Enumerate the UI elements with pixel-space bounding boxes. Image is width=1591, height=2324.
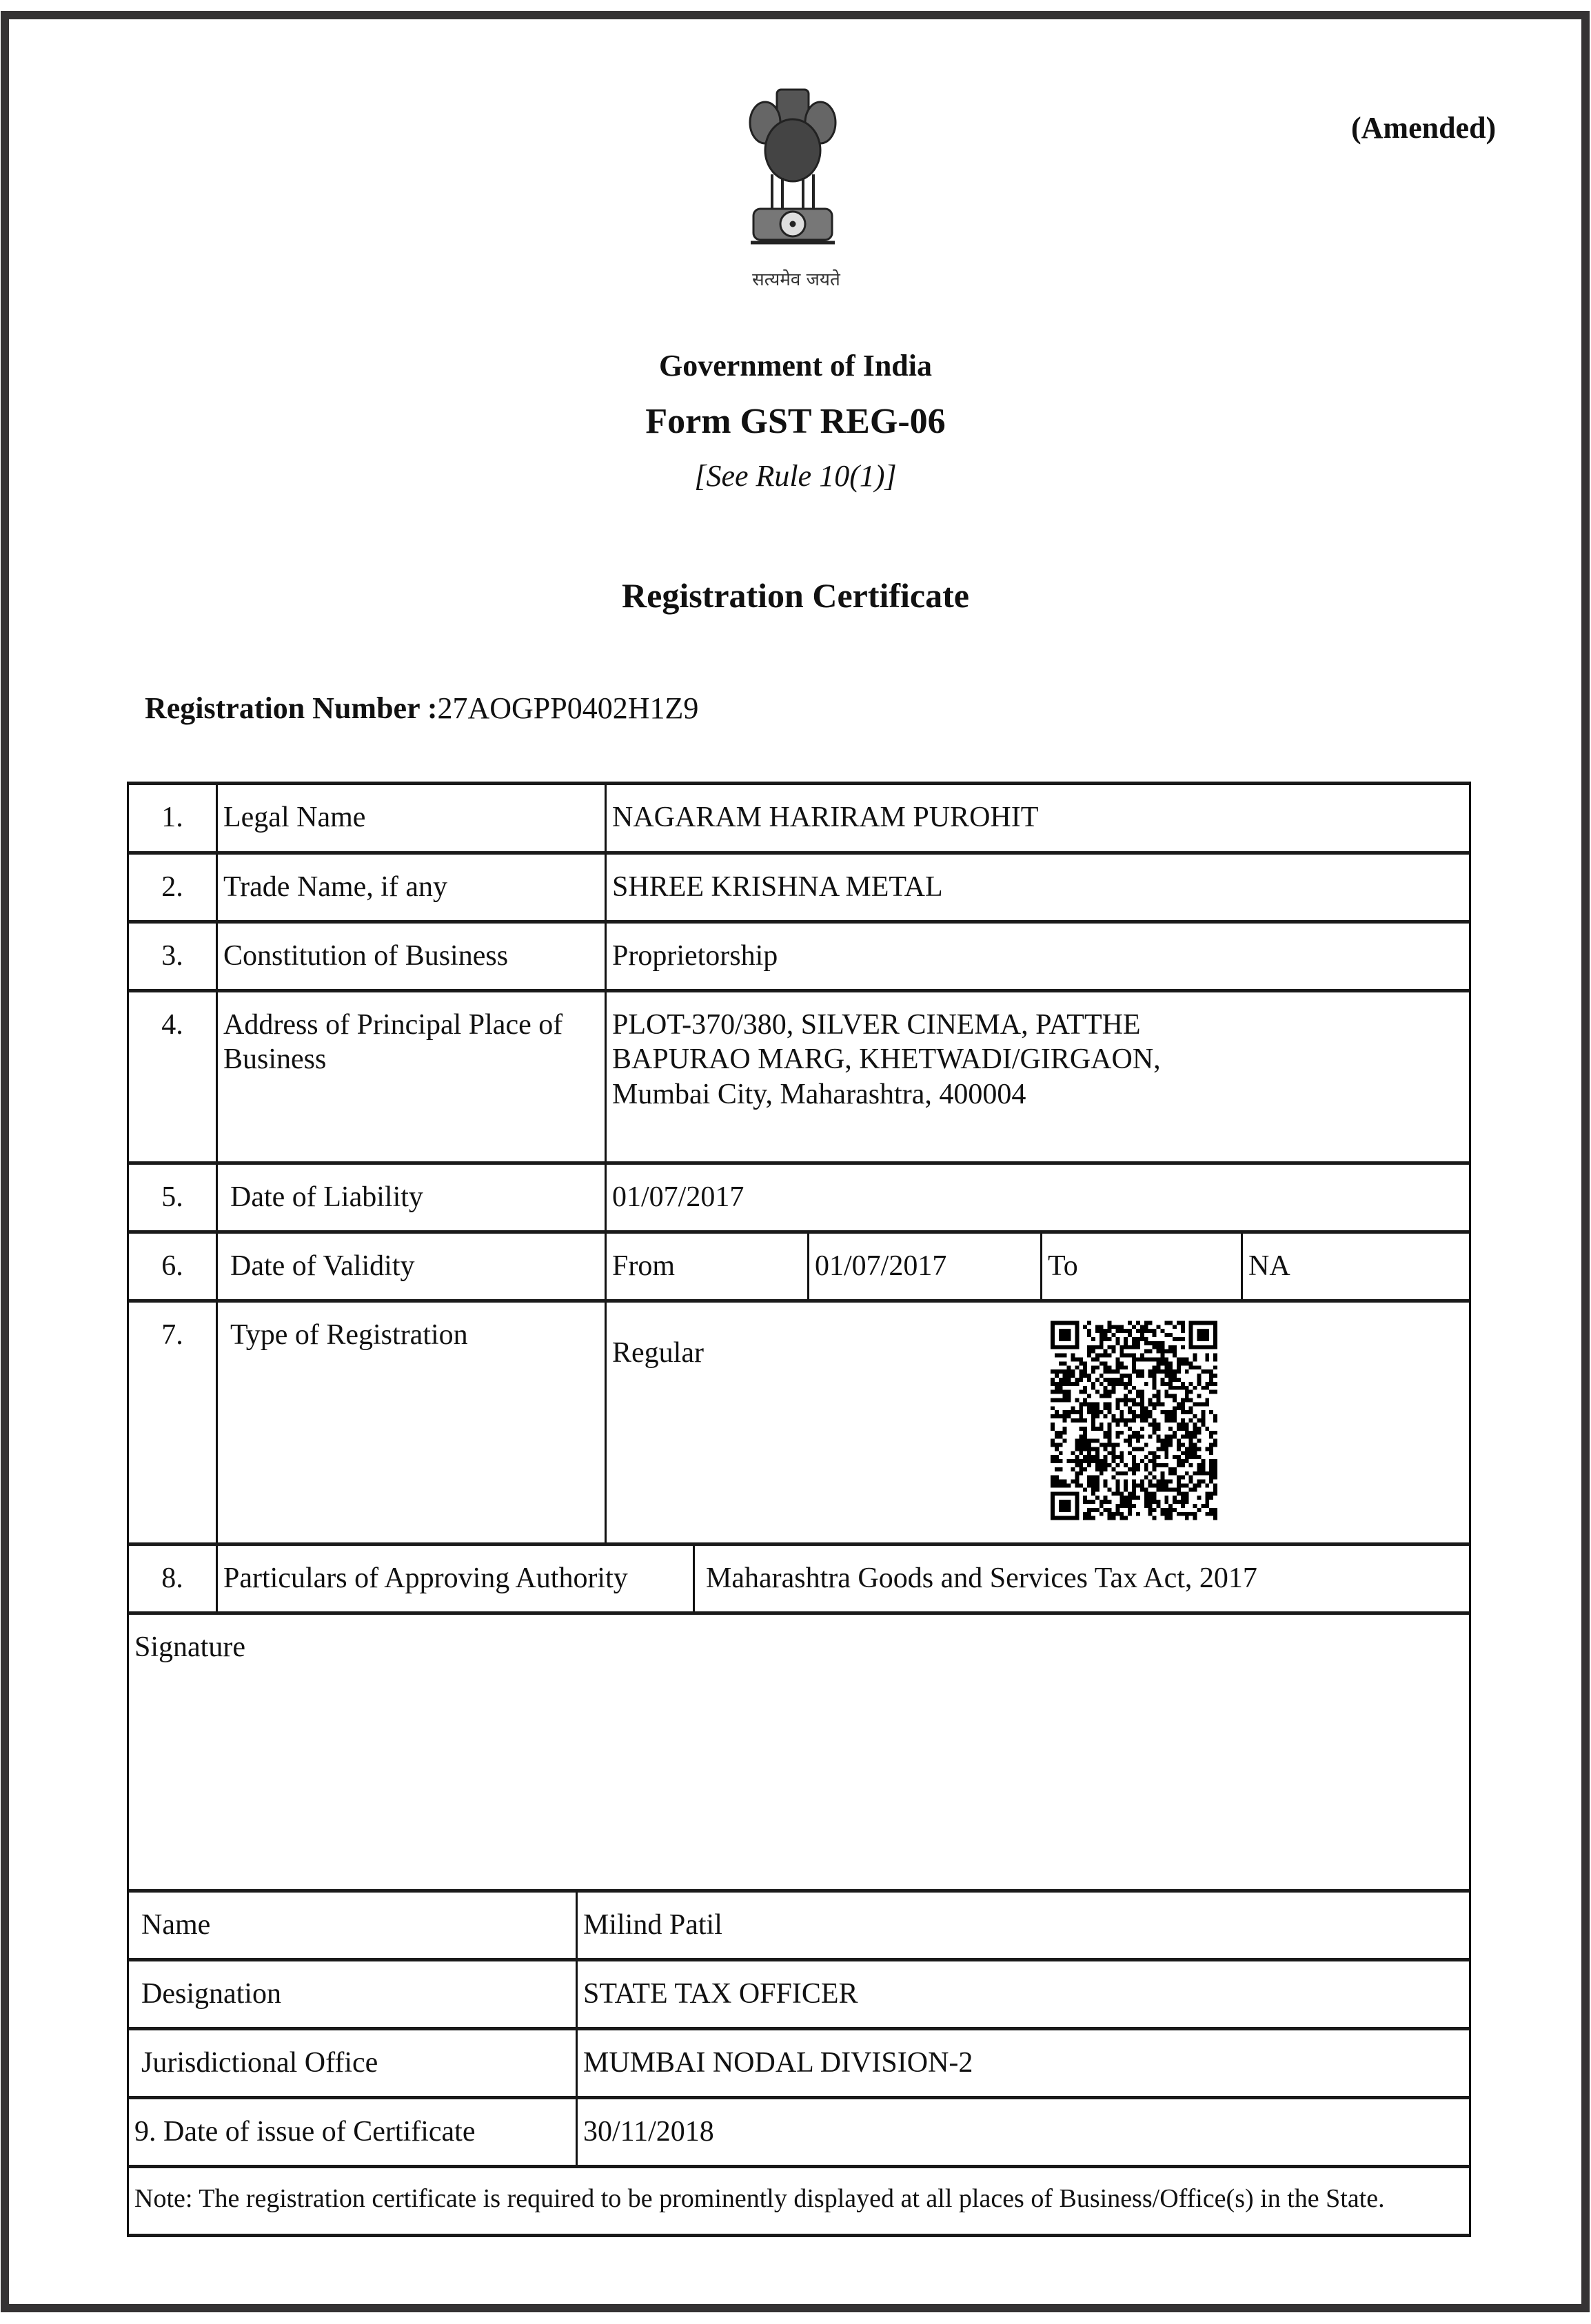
details-table: 1. Legal Name NAGARAM HARIRAM PUROHIT 2.…: [127, 782, 1471, 2237]
row-number: 5.: [129, 1165, 216, 1230]
table-row: 8. Particulars of Approving Authority Ma…: [129, 1542, 1469, 1611]
table-row: 9. Date of issue of Certificate 30/11/20…: [129, 2096, 1469, 2165]
table-row: Jurisdictional Office MUMBAI NODAL DIVIS…: [129, 2027, 1469, 2096]
approving-authority-value: Maharashtra Goods and Services Tax Act, …: [693, 1546, 1469, 1611]
note-text: Note: The registration certificate is re…: [129, 2168, 1469, 2234]
row-label: Trade Name, if any: [216, 855, 605, 920]
row-label: Particulars of Approving Authority: [216, 1546, 693, 1611]
designation-value: STATE TAX OFFICER: [576, 1961, 1469, 2027]
row-number: 6.: [129, 1234, 216, 1299]
row-label: Date of Validity: [216, 1234, 605, 1299]
table-row: 5. Date of Liability 01/07/2017: [129, 1161, 1469, 1230]
table-row: Designation STATE TAX OFFICER: [129, 1958, 1469, 2027]
government-title: Government of India: [0, 348, 1591, 383]
registration-type-value: Regular: [605, 1303, 1469, 1542]
date-of-liability-value: 01/07/2017: [605, 1165, 1469, 1230]
row-label: 9. Date of issue of Certificate: [129, 2099, 576, 2165]
form-title: Form GST REG-06: [0, 401, 1591, 442]
row-label: Date of Liability: [216, 1165, 605, 1230]
row-number: 8.: [129, 1546, 216, 1611]
row-label: Name: [129, 1893, 576, 1958]
row-label: Constitution of Business: [216, 924, 605, 989]
row-number: 3.: [129, 924, 216, 989]
row-label: Legal Name: [216, 785, 605, 851]
signature-label: Signature: [129, 1615, 1469, 1889]
legal-name-value: NAGARAM HARIRAM PUROHIT: [605, 785, 1469, 851]
row-label: Jurisdictional Office: [129, 2030, 576, 2096]
motto: सत्यमेव जयते: [744, 266, 848, 291]
table-row: 1. Legal Name NAGARAM HARIRAM PUROHIT: [129, 782, 1469, 851]
validity-to-value: NA: [1241, 1234, 1469, 1299]
certificate-title: Registration Certificate: [0, 575, 1591, 615]
row-label: Designation: [129, 1961, 576, 2027]
national-emblem-icon: [741, 81, 844, 254]
constitution-value: Proprietorship: [605, 924, 1469, 989]
row-number: 4.: [129, 992, 216, 1161]
officer-name-value: Milind Patil: [576, 1893, 1469, 1958]
registration-number-label: Registration Number :: [145, 691, 437, 725]
registration-number: Registration Number :27AOGPP0402H1Z9: [145, 691, 698, 726]
note-row: Note: The registration certificate is re…: [129, 2165, 1469, 2237]
trade-name-value: SHREE KRISHNA METAL: [605, 855, 1469, 920]
validity-from-value: 01/07/2017: [807, 1234, 1040, 1299]
amended-label: (Amended): [1351, 110, 1496, 145]
table-row: 3. Constitution of Business Proprietorsh…: [129, 920, 1469, 989]
table-row: 7. Type of Registration Regular: [129, 1299, 1469, 1542]
address-value: PLOT-370/380, SILVER CINEMA, PATTHE BAPU…: [605, 992, 1469, 1161]
row-label: Address of Principal Place of Business: [216, 992, 605, 1161]
signature-row: Signature: [129, 1611, 1469, 1889]
registration-number-value: 27AOGPP0402H1Z9: [437, 691, 698, 725]
qr-code-icon: [1051, 1320, 1217, 1521]
row-number: 7.: [129, 1303, 216, 1542]
rule-reference: [See Rule 10(1)]: [0, 458, 1591, 493]
row-label: Type of Registration: [216, 1303, 605, 1542]
table-row: Name Milind Patil: [129, 1889, 1469, 1958]
jurisdictional-office-value: MUMBAI NODAL DIVISION-2: [576, 2030, 1469, 2096]
table-row: 6. Date of Validity From 01/07/2017 To N…: [129, 1230, 1469, 1299]
validity-from-label: From: [605, 1234, 807, 1299]
table-row: 4. Address of Principal Place of Busines…: [129, 989, 1469, 1161]
date-of-issue-value: 30/11/2018: [576, 2099, 1469, 2165]
row-number: 2.: [129, 855, 216, 920]
validity-to-label: To: [1040, 1234, 1241, 1299]
row-number: 1.: [129, 785, 216, 851]
table-row: 2. Trade Name, if any SHREE KRISHNA META…: [129, 851, 1469, 920]
